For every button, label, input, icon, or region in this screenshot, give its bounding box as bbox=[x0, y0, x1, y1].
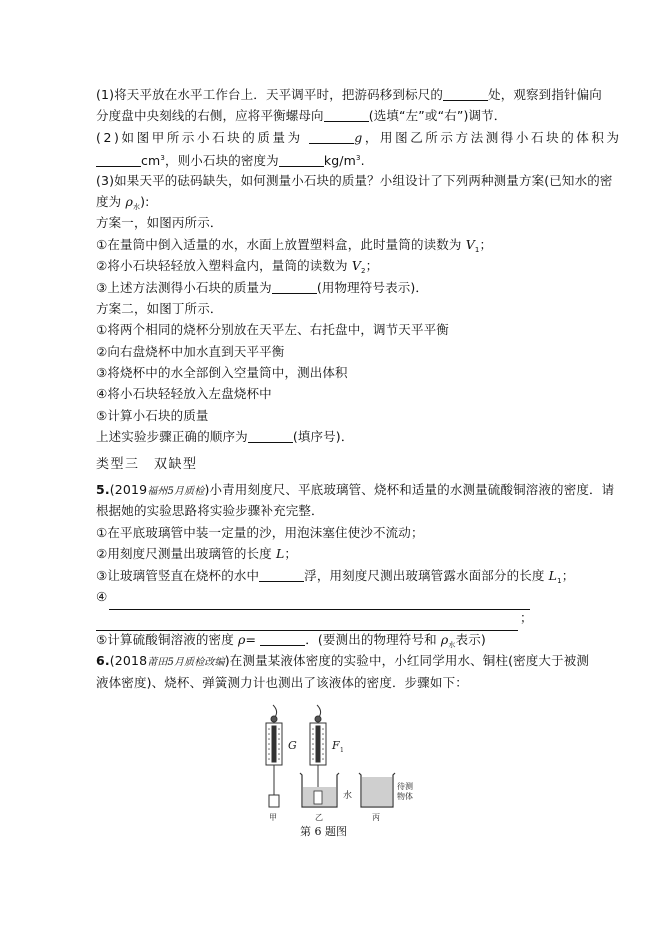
text: ．(要测出的物理符号和 bbox=[305, 632, 441, 647]
answer-blank[interactable] bbox=[259, 567, 304, 582]
rho-symbol: ρ bbox=[125, 194, 133, 209]
part1-line2: 分度盘中央刻线的右侧，应将平衡螺母向(选填“左”或“右”)调节． bbox=[96, 105, 564, 126]
text: ②将小石块轻轻放入塑料盒内，量筒的读数为 bbox=[96, 258, 352, 273]
text: 处，观察到指针偏向 bbox=[488, 87, 602, 102]
plan2-step: ⑤计算小石块的质量 bbox=[96, 405, 564, 426]
answer-line-long[interactable] bbox=[109, 609, 530, 610]
label-liquid: 物体 bbox=[397, 791, 413, 801]
spring-scale-diagram: G F 1 水 待测 物体 甲 乙 bbox=[255, 703, 420, 823]
text: ②用刻度尺测量出玻璃管的长度 bbox=[96, 546, 276, 561]
document-page: (1)将天平放在水平工作台上．天平调平时，把游码移到标尺的处，观察到指针偏向 分… bbox=[96, 84, 564, 693]
panel-label-b: 乙 bbox=[315, 813, 323, 822]
spring-scale-icon bbox=[266, 705, 282, 807]
question-number: 6. bbox=[96, 653, 110, 668]
label-liquid: 待测 bbox=[397, 781, 413, 791]
text: ⑤计算硫酸铜溶液的密度 bbox=[96, 632, 238, 647]
answer-blank[interactable] bbox=[279, 152, 324, 167]
text: 上述实验步骤正确的顺序为 bbox=[96, 429, 248, 444]
answer-line-long[interactable] bbox=[96, 630, 518, 631]
text: ； bbox=[479, 237, 492, 252]
text: ； bbox=[520, 607, 533, 628]
text: 浮，用刻度尺测出玻璃管露水面部分的长度 bbox=[304, 568, 548, 583]
answer-blank[interactable] bbox=[443, 86, 488, 101]
q5-step1: ①在平底玻璃管中装一定量的沙，用泡沫塞住使沙不流动； bbox=[96, 522, 564, 543]
source-label: 莆田5月质检改编 bbox=[147, 657, 225, 668]
q5-line1: 5.(2019福州5月质检)小青用刻度尺、平底玻璃管、烧杯和适量的水测量硫酸铜溶… bbox=[96, 479, 564, 500]
text: (1)将天平放在水平工作台上．天平调平时，把游码移到标尺的 bbox=[96, 87, 443, 102]
label-water: 水 bbox=[343, 789, 352, 801]
section-heading: 类型三 双缺型 bbox=[96, 454, 564, 475]
variable: V bbox=[352, 258, 361, 273]
plan2-step: ②向右盘烧杯中加水直到天平平衡 bbox=[96, 341, 564, 362]
figure-caption: 第 6 题图 bbox=[300, 823, 347, 839]
text: ③让玻璃管竖直在烧杯的水中 bbox=[96, 568, 259, 583]
text: (2)如图甲所示小石块的质量为 bbox=[96, 130, 303, 145]
step-label: ④ bbox=[96, 589, 107, 604]
q5-step3: ③让玻璃管竖直在烧杯的水中浮，用刻度尺测出玻璃管露水面部分的长度 L1； bbox=[96, 565, 564, 586]
question-number: 5. bbox=[96, 482, 110, 497]
answer-blank[interactable] bbox=[309, 129, 354, 144]
unit-cm: cm bbox=[141, 153, 160, 168]
part3-line2: 度为 ρ水): bbox=[96, 191, 564, 212]
plan1-step2: ②将小石块轻轻放入塑料盒内，量筒的读数为 V2； bbox=[96, 255, 564, 276]
text: 度为 bbox=[96, 194, 125, 209]
q6-line1: 6.(2018莆田5月质检改编)在测量某液体密度的实验中，小红同学用水、铜柱(密… bbox=[96, 650, 564, 671]
text: ): bbox=[140, 194, 149, 209]
plan2-order: 上述实验步骤正确的顺序为(填序号)． bbox=[96, 426, 564, 447]
part3-line1: (3)如果天平的砝码缺失，如何测量小石块的质量？小组设计了下列两种测量方案(已知… bbox=[96, 170, 564, 191]
unit-kg-m3: kg/m bbox=[324, 153, 356, 168]
text: )小青用刻度尺、平底玻璃管、烧杯和适量的水测量硫酸铜溶液的密度．请 bbox=[204, 482, 614, 497]
source-year: (2019 bbox=[110, 482, 147, 497]
plan1-step3: ③上述方法测得小石块的质量为(用物理符号表示)． bbox=[96, 277, 564, 298]
text: . bbox=[361, 153, 365, 168]
beaker-liquid-icon bbox=[359, 773, 395, 807]
plan1-step1: ①在量筒中倒入适量的水，水面上放置塑料盒，此时量筒的读数为 V1； bbox=[96, 234, 564, 255]
text: 表示) bbox=[456, 632, 486, 647]
text: )在测量某液体密度的实验中，小红同学用水、铜柱(密度大于被测 bbox=[225, 653, 589, 668]
part2-line2: cm3，则小石块的密度为kg/m3. bbox=[96, 148, 564, 169]
label-g: G bbox=[288, 739, 297, 752]
panel-label-a: 甲 bbox=[269, 813, 277, 822]
variable: V bbox=[466, 237, 475, 252]
q5-step2: ②用刻度尺测量出玻璃管的长度 L； bbox=[96, 543, 564, 564]
q5-step4-cont: ； bbox=[96, 607, 564, 628]
source-label: 福州5月质检 bbox=[147, 486, 204, 497]
answer-blank[interactable] bbox=[324, 107, 369, 122]
text: ； bbox=[366, 258, 379, 273]
answer-blank[interactable] bbox=[260, 631, 305, 646]
q5-line2: 根据她的实验思路将实验步骤补充完整． bbox=[96, 500, 564, 521]
text: (选填“左”或“右”)调节． bbox=[369, 108, 507, 123]
label-f1: F bbox=[331, 739, 340, 752]
plan2-step: ④将小石块轻轻放入左盘烧杯中 bbox=[96, 383, 564, 404]
text: = bbox=[245, 632, 256, 647]
text: 分度盘中央刻线的右侧，应将平衡螺母向 bbox=[96, 108, 324, 123]
plan1-title: 方案一，如图丙所示． bbox=[96, 212, 564, 233]
part1-line1: (1)将天平放在水平工作台上．天平调平时，把游码移到标尺的处，观察到指针偏向 bbox=[96, 84, 564, 105]
source-year: (2018 bbox=[110, 653, 147, 668]
q5-step4: ④ bbox=[96, 586, 564, 607]
label-f1-subscript: 1 bbox=[340, 747, 344, 754]
answer-blank[interactable] bbox=[272, 279, 317, 294]
text: (用物理符号表示)． bbox=[317, 280, 428, 295]
answer-blank[interactable] bbox=[248, 428, 293, 443]
variable: L bbox=[549, 568, 557, 583]
beaker-water-icon bbox=[300, 773, 339, 807]
text: ； bbox=[562, 568, 575, 583]
answer-blank[interactable] bbox=[96, 152, 141, 167]
text: ①在量筒中倒入适量的水，水面上放置塑料盒，此时量筒的读数为 bbox=[96, 237, 466, 252]
figure-6: G F 1 水 待测 物体 甲 乙 bbox=[255, 703, 420, 843]
text: ，则小石块的密度为 bbox=[165, 153, 279, 168]
part2-line1: (2)如图甲所示小石块的质量为 g，用图乙所示方法测得小石块的体积为 bbox=[96, 127, 564, 148]
text: ③上述方法测得小石块的质量为 bbox=[96, 280, 272, 295]
panel-label-c: 丙 bbox=[372, 813, 380, 822]
q6-line2: 液体密度)、烧杯、弹簧测力计也测出了该液体的密度．步骤如下： bbox=[96, 672, 564, 693]
spring-scale-icon bbox=[310, 705, 326, 796]
plan2-step: ③将烧杯中的水全部倒入空量筒中，测出体积 bbox=[96, 362, 564, 383]
text: (填序号)． bbox=[293, 429, 354, 444]
q5-step5: ⑤计算硫酸铜溶液的密度 ρ= ．(要测出的物理符号和 ρ水表示) bbox=[96, 629, 564, 650]
plan2-step: ①将两个相同的烧杯分别放在天平左、右托盘中，调节天平平衡 bbox=[96, 319, 564, 340]
text: ； bbox=[284, 546, 297, 561]
text: ，用图乙所示方法测得小石块的体积为 bbox=[365, 130, 622, 145]
unit-g: g bbox=[354, 130, 365, 145]
subscript: 水 bbox=[448, 641, 455, 649]
plan2-title: 方案二，如图丁所示． bbox=[96, 298, 564, 319]
